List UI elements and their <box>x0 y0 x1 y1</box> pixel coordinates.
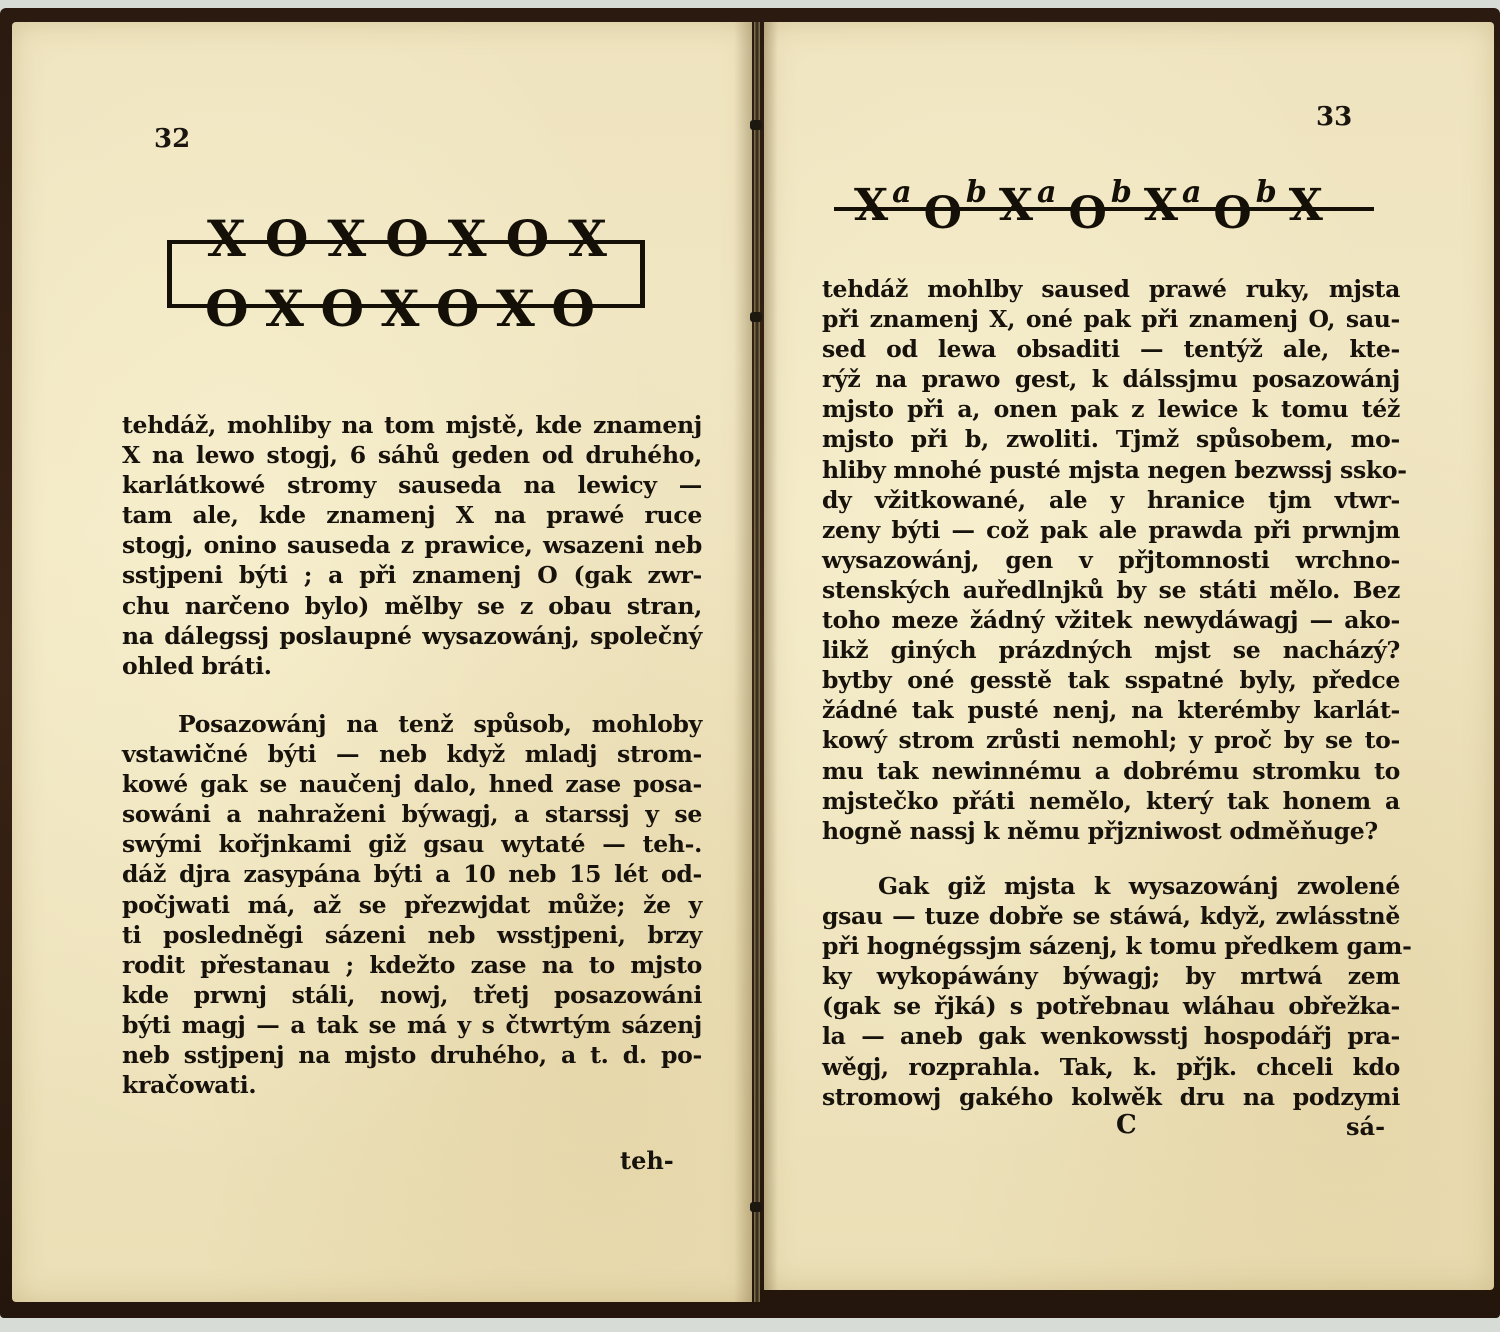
right-paragraph-1: tehdáž mohlby saused prawé ruky, mjsta p… <box>822 274 1400 846</box>
text-line: dáž djra zasypána býti a 10 neb 15 lét o… <box>122 859 702 889</box>
text-line: wysazowánj, gen v přjtomnosti wrchno- <box>822 545 1400 575</box>
text-line: tam ale, kde znamenj X na prawé ruce <box>122 500 702 530</box>
text-line: vstawičné býti — neb když mladj strom- <box>122 739 702 769</box>
planting-diagram-left: X O X O X O X O X O X O X O <box>157 192 647 322</box>
text-line: rýž na prawo gest, k dálssjmu posazowánj <box>822 364 1400 394</box>
text-line: zeny býti — což pak ale prawda při prwnj… <box>822 515 1400 545</box>
text-line: kde prwnj stáli, nowj, třetj posazowáni <box>122 980 702 1010</box>
text-line: dy vžitkowané, ale y hranice tjm vtwr- <box>822 485 1400 515</box>
right-page: 33 X a O b X a O b X a O b X tehdáž mohl… <box>764 22 1494 1290</box>
text-line: býti magj — a tak se má y s čtwrtým sáze… <box>122 1010 702 1040</box>
catchword-left: teh- <box>620 1146 674 1175</box>
binding-stitch <box>750 312 762 322</box>
text-line: počjwati má, až se přezwjdat může; že y <box>122 890 702 920</box>
text-line: stromowj gakého kolwěk dru na podzymi <box>822 1082 1400 1112</box>
diagram-bottom-row: O X O X O X O <box>205 284 595 334</box>
planting-diagram-right: X a O b X a O b X a O b X <box>824 162 1384 242</box>
left-page: 32 X O X O X O X O X O X O X O tehdáž, m… <box>12 22 752 1302</box>
text-line: tehdáž mohlby saused prawé ruky, mjsta <box>822 274 1400 304</box>
text-line: mjsto při b, zwoliti. Tjmž spůsobem, mo- <box>822 424 1400 454</box>
text-line: mjsto při a, onen pak z lewice k tomu té… <box>822 394 1400 424</box>
text-line: kračowati. <box>122 1070 702 1100</box>
text-line: mjstečko přáti nemělo, který tak honem a <box>822 786 1400 816</box>
text-line: neb sstjpenj na mjsto druhého, a t. d. p… <box>122 1040 702 1070</box>
text-line: tehdáž, mohliby na tom mjstě, kde znamen… <box>122 410 702 440</box>
text-line: sed od lewa obsaditi — tentýž ale, kte- <box>822 334 1400 364</box>
text-line: ti posledněgi sázeni neb wsstjpeni, brzy <box>122 920 702 950</box>
text-line: stenských auředlnjků by se státi mělo. B… <box>822 575 1400 605</box>
text-line: gsau — tuze dobře se stáwá, když, zwláss… <box>822 901 1400 931</box>
text-line: kowé gak se naučenj dalo, hned zase posa… <box>122 769 702 799</box>
left-paragraph-2: Posazowánj na tenž spůsob, mohloby vstaw… <box>122 709 702 1100</box>
text-line: bytby oné gesstě tak sspatné byly, předc… <box>822 665 1400 695</box>
text-line: ky wykopáwány býwagj; by mrtwá zem <box>822 961 1400 991</box>
text-line: na dálegssj poslaupné wysazowánj, společ… <box>122 621 702 651</box>
page-number-right: 33 <box>1316 102 1352 132</box>
left-paragraph-1: tehdáž, mohliby na tom mjstě, kde znamen… <box>122 410 702 681</box>
text-line: chu narčeno bylo) mělby se z obau stran, <box>122 591 702 621</box>
text-line: žádné tak pusté nenj, na kterémby karlát… <box>822 695 1400 725</box>
signature-mark: C <box>1116 1110 1137 1140</box>
text-line: la — aneb gak wenkowsstj hospodářj pra- <box>822 1021 1400 1051</box>
text-line: sstjpeni býti ; a při znamenj O (gak zwr… <box>122 560 702 590</box>
text-line: toho meze žádný vžitek newydáwagj — ako- <box>822 605 1400 635</box>
diagram-sequence: X a O b X a O b X a O b X <box>854 180 1327 231</box>
text-line: Gak giž mjsta k wysazowánj zwolené <box>822 871 1400 901</box>
text-line: sowáni a nahraženi býwagj, a starssj y s… <box>122 799 702 829</box>
book-gutter <box>754 22 760 1302</box>
text-line: Posazowánj na tenž spůsob, mohloby <box>122 709 702 739</box>
text-line: X na lewo stogj, 6 sáhů geden od druhého… <box>122 440 702 470</box>
text-line: hliby mnohé pusté mjsta negen bezwssj ss… <box>822 455 1400 485</box>
diagram-top-row: X O X O X O X <box>207 214 607 264</box>
text-line: swými kořjnkami giž gsau wytaté — teh-. <box>122 829 702 859</box>
binding-stitch <box>750 120 762 130</box>
text-line: při hognégssjm sázenj, k tomu předkem ga… <box>822 931 1400 961</box>
text-line: stogj, onino sauseda z prawice, wsazeni … <box>122 530 702 560</box>
text-line: ohled bráti. <box>122 651 702 681</box>
page-number-left: 32 <box>154 124 190 154</box>
text-line: likž giných prázdných mjst se nacházý? <box>822 635 1400 665</box>
text-line: karlátkowé stromy sauseda na lewicy — <box>122 470 702 500</box>
text-line: při znamenj X, oné pak při znamenj O, sa… <box>822 304 1400 334</box>
text-line: kowý strom zrůsti nemohl; y proč by se t… <box>822 725 1400 755</box>
text-line: rodit přestanau ; kdežto zase na to mjst… <box>122 950 702 980</box>
catchword-right: sá- <box>1346 1112 1385 1141</box>
text-line: (gak se řjká) s potřebnau wláhau obřežka… <box>822 991 1400 1021</box>
text-line: mu tak newinnému a dobrému stromku to <box>822 756 1400 786</box>
text-line: wěgj, rozprahla. Tak, k. přjk. chceli kd… <box>822 1052 1400 1082</box>
binding-stitch <box>750 1202 762 1212</box>
right-paragraph-2: Gak giž mjsta k wysazowánj zwolené gsau … <box>822 871 1400 1112</box>
text-line: hogně nassj k němu přjzniwost odměňuge? <box>822 816 1400 846</box>
